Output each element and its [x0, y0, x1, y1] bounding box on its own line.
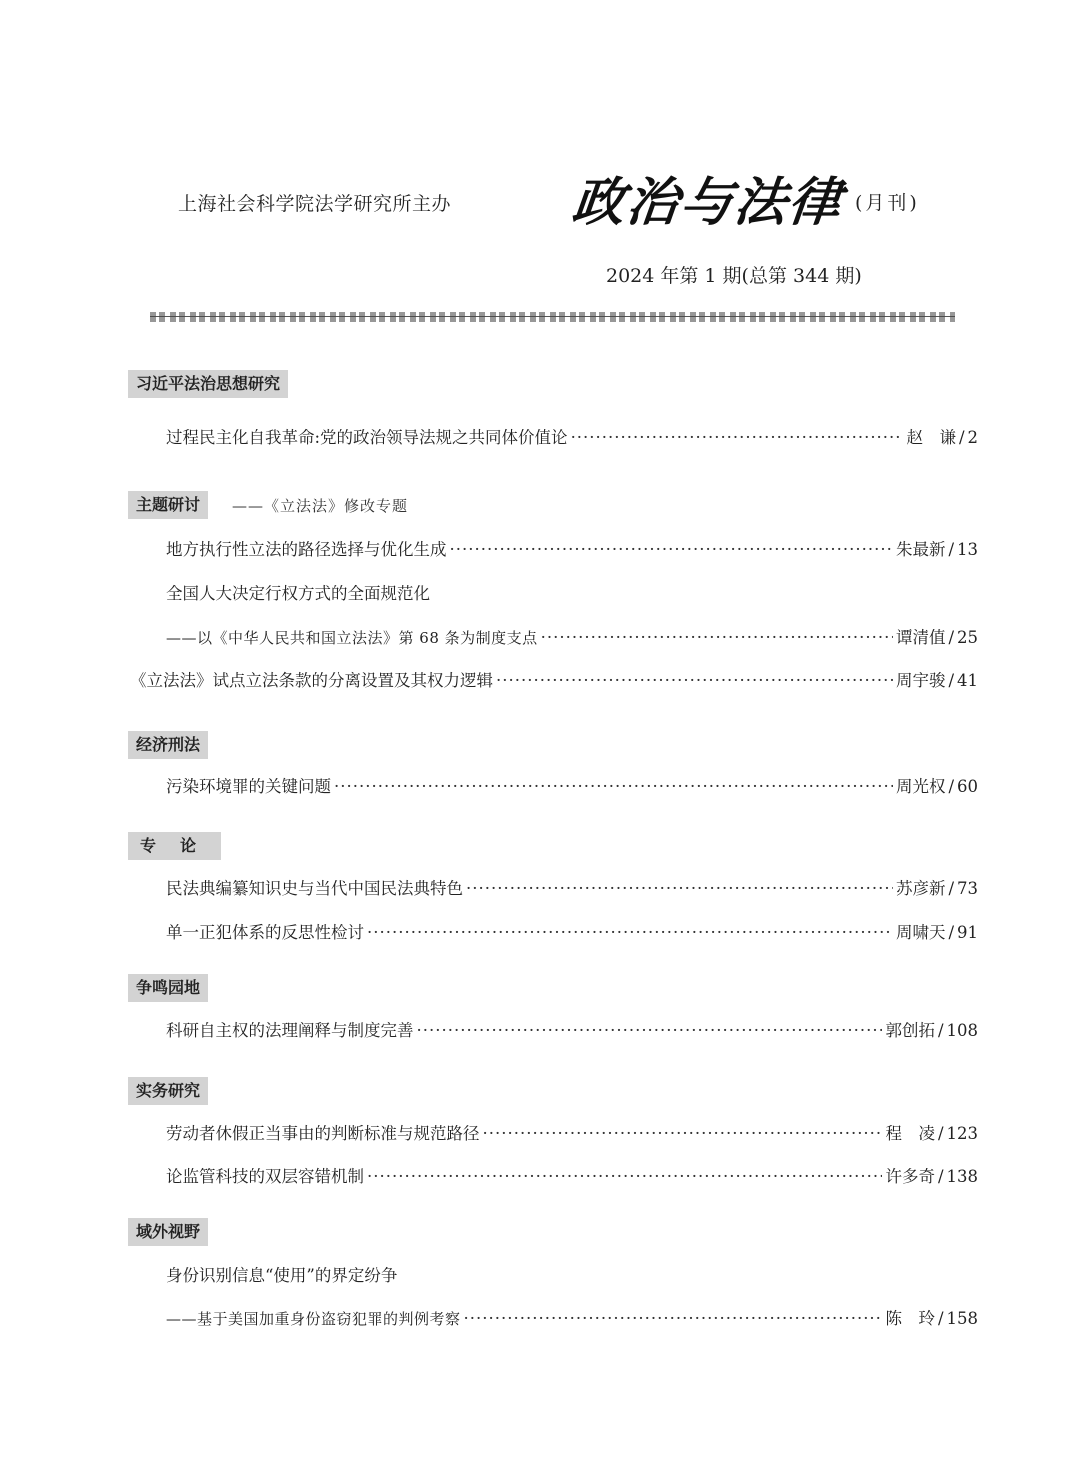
toc-entry[interactable]: 过程民主化自我革命:党的政治领导法规之共同体价值论 赵 谦 / 2 — [166, 424, 978, 448]
article-author: 许多奇 — [885, 1163, 935, 1187]
page-number: 60 — [957, 777, 978, 796]
article-subtitle: ——基于美国加重身份盗窃犯罪的判例考察 — [166, 1308, 461, 1329]
section-tag-theme-discussion: 主题研讨 — [128, 491, 208, 519]
section-tag-special-topics: 专 论 — [128, 832, 221, 860]
leader-dots — [541, 628, 893, 647]
leader-dots — [571, 428, 904, 447]
publisher-line: 上海社会科学院法学研究所主办 — [178, 189, 451, 216]
page-number: 123 — [947, 1124, 979, 1143]
page-separator: / — [948, 671, 954, 690]
leader-dots — [464, 1309, 883, 1328]
toc-entry[interactable]: 劳动者休假正当事由的判断标准与规范路径 程 凌 / 123 — [166, 1120, 978, 1144]
section-tag-foreign-perspective: 域外视野 — [128, 1218, 208, 1246]
page-number: 158 — [947, 1309, 979, 1328]
section-tag-practice-research: 实务研究 — [128, 1077, 208, 1105]
leader-dots — [367, 923, 893, 942]
page-number: 108 — [947, 1021, 979, 1040]
article-title: 科研自主权的法理阐释与制度完善 — [166, 1017, 414, 1041]
article-title: 污染环境罪的关键问题 — [166, 773, 331, 797]
page-separator: / — [948, 879, 954, 898]
page-separator: / — [959, 428, 965, 447]
toc-entry[interactable]: 地方执行性立法的路径选择与优化生成 朱最新 / 13 — [166, 536, 978, 560]
toc-entry-title-only[interactable]: 全国人大决定行权方式的全面规范化 — [166, 580, 978, 604]
leader-dots — [334, 777, 893, 796]
page-number: 25 — [957, 628, 978, 647]
page-separator: / — [938, 1124, 944, 1143]
leader-dots — [496, 671, 893, 690]
section-tag-economic-criminal-law: 经济刑法 — [128, 731, 208, 759]
page-separator: / — [948, 923, 954, 942]
toc-entry[interactable]: 民法典编纂知识史与当代中国民法典特色 苏彦新 / 73 — [166, 875, 978, 899]
leader-dots — [450, 540, 893, 559]
article-title: 地方执行性立法的路径选择与优化生成 — [166, 536, 447, 560]
page-separator: / — [938, 1309, 944, 1328]
article-author: 周宇骏 — [896, 667, 946, 691]
article-author: 赵 谦 — [906, 424, 956, 448]
article-title: 全国人大决定行权方式的全面规范化 — [166, 580, 430, 604]
page-number: 13 — [957, 540, 978, 559]
article-title: 劳动者休假正当事由的判断标准与规范路径 — [166, 1120, 480, 1144]
article-author: 周啸天 — [896, 919, 946, 943]
journal-frequency: (月刊) — [855, 188, 920, 215]
article-title: 过程民主化自我革命:党的政治领导法规之共同体价值论 — [166, 424, 568, 448]
article-title: 身份识别信息“使用”的界定纷争 — [166, 1262, 397, 1286]
article-author: 谭清值 — [896, 624, 946, 648]
page-number: 41 — [957, 671, 978, 690]
toc-entry[interactable]: 科研自主权的法理阐释与制度完善 郭创拓 / 108 — [166, 1017, 978, 1041]
article-author: 朱最新 — [896, 536, 946, 560]
leader-dots — [466, 879, 893, 898]
decorative-divider — [150, 312, 955, 322]
toc-entry[interactable]: 单一正犯体系的反思性检讨 周啸天 / 91 — [166, 919, 978, 943]
toc-entry[interactable]: 污染环境罪的关键问题 周光权 / 60 — [166, 773, 978, 797]
page-number: 73 — [957, 879, 978, 898]
issue-number: 2024 年第 1 期(总第 344 期) — [606, 261, 862, 288]
article-title: 民法典编纂知识史与当代中国民法典特色 — [166, 875, 463, 899]
section-tag-xi-rule-of-law: 习近平法治思想研究 — [128, 370, 288, 398]
article-author: 郭创拓 — [885, 1017, 935, 1041]
page-separator: / — [938, 1021, 944, 1040]
leader-dots — [417, 1021, 883, 1040]
journal-masthead: 政治与法律 — [569, 160, 847, 235]
toc-entry[interactable]: ——基于美国加重身份盗窃犯罪的判例考察 陈 玲 / 158 — [166, 1305, 978, 1329]
page-number: 2 — [968, 428, 979, 447]
article-author: 程 凌 — [885, 1120, 935, 1144]
article-title: 单一正犯体系的反思性检讨 — [166, 919, 364, 943]
article-author: 陈 玲 — [885, 1305, 935, 1329]
leader-dots — [367, 1167, 882, 1186]
article-author: 周光权 — [896, 773, 946, 797]
toc-entry[interactable]: 论监管科技的双层容错机制 许多奇 / 138 — [166, 1163, 978, 1187]
toc-entry[interactable]: 《立法法》试点立法条款的分离设置及其权力逻辑 周宇骏 / 41 — [130, 667, 978, 691]
article-author: 苏彦新 — [896, 875, 946, 899]
page-number: 138 — [947, 1167, 979, 1186]
page-separator: / — [948, 777, 954, 796]
leader-dots — [483, 1124, 883, 1143]
article-subtitle: ——以《中华人民共和国立法法》第 68 条为制度支点 — [166, 627, 538, 648]
page-separator: / — [948, 540, 954, 559]
page-number: 91 — [957, 923, 978, 942]
section-subtitle: ——《立法法》修改专题 — [232, 495, 408, 516]
toc-entry-title-only[interactable]: 身份识别信息“使用”的界定纷争 — [166, 1262, 978, 1286]
toc-entry[interactable]: ——以《中华人民共和国立法法》第 68 条为制度支点 谭清值 / 25 — [166, 624, 978, 648]
article-title: 论监管科技的双层容错机制 — [166, 1163, 364, 1187]
page-separator: / — [948, 628, 954, 647]
article-title: 《立法法》试点立法条款的分离设置及其权力逻辑 — [130, 667, 493, 691]
page-separator: / — [938, 1167, 944, 1186]
section-tag-debate-forum: 争鸣园地 — [128, 974, 208, 1002]
